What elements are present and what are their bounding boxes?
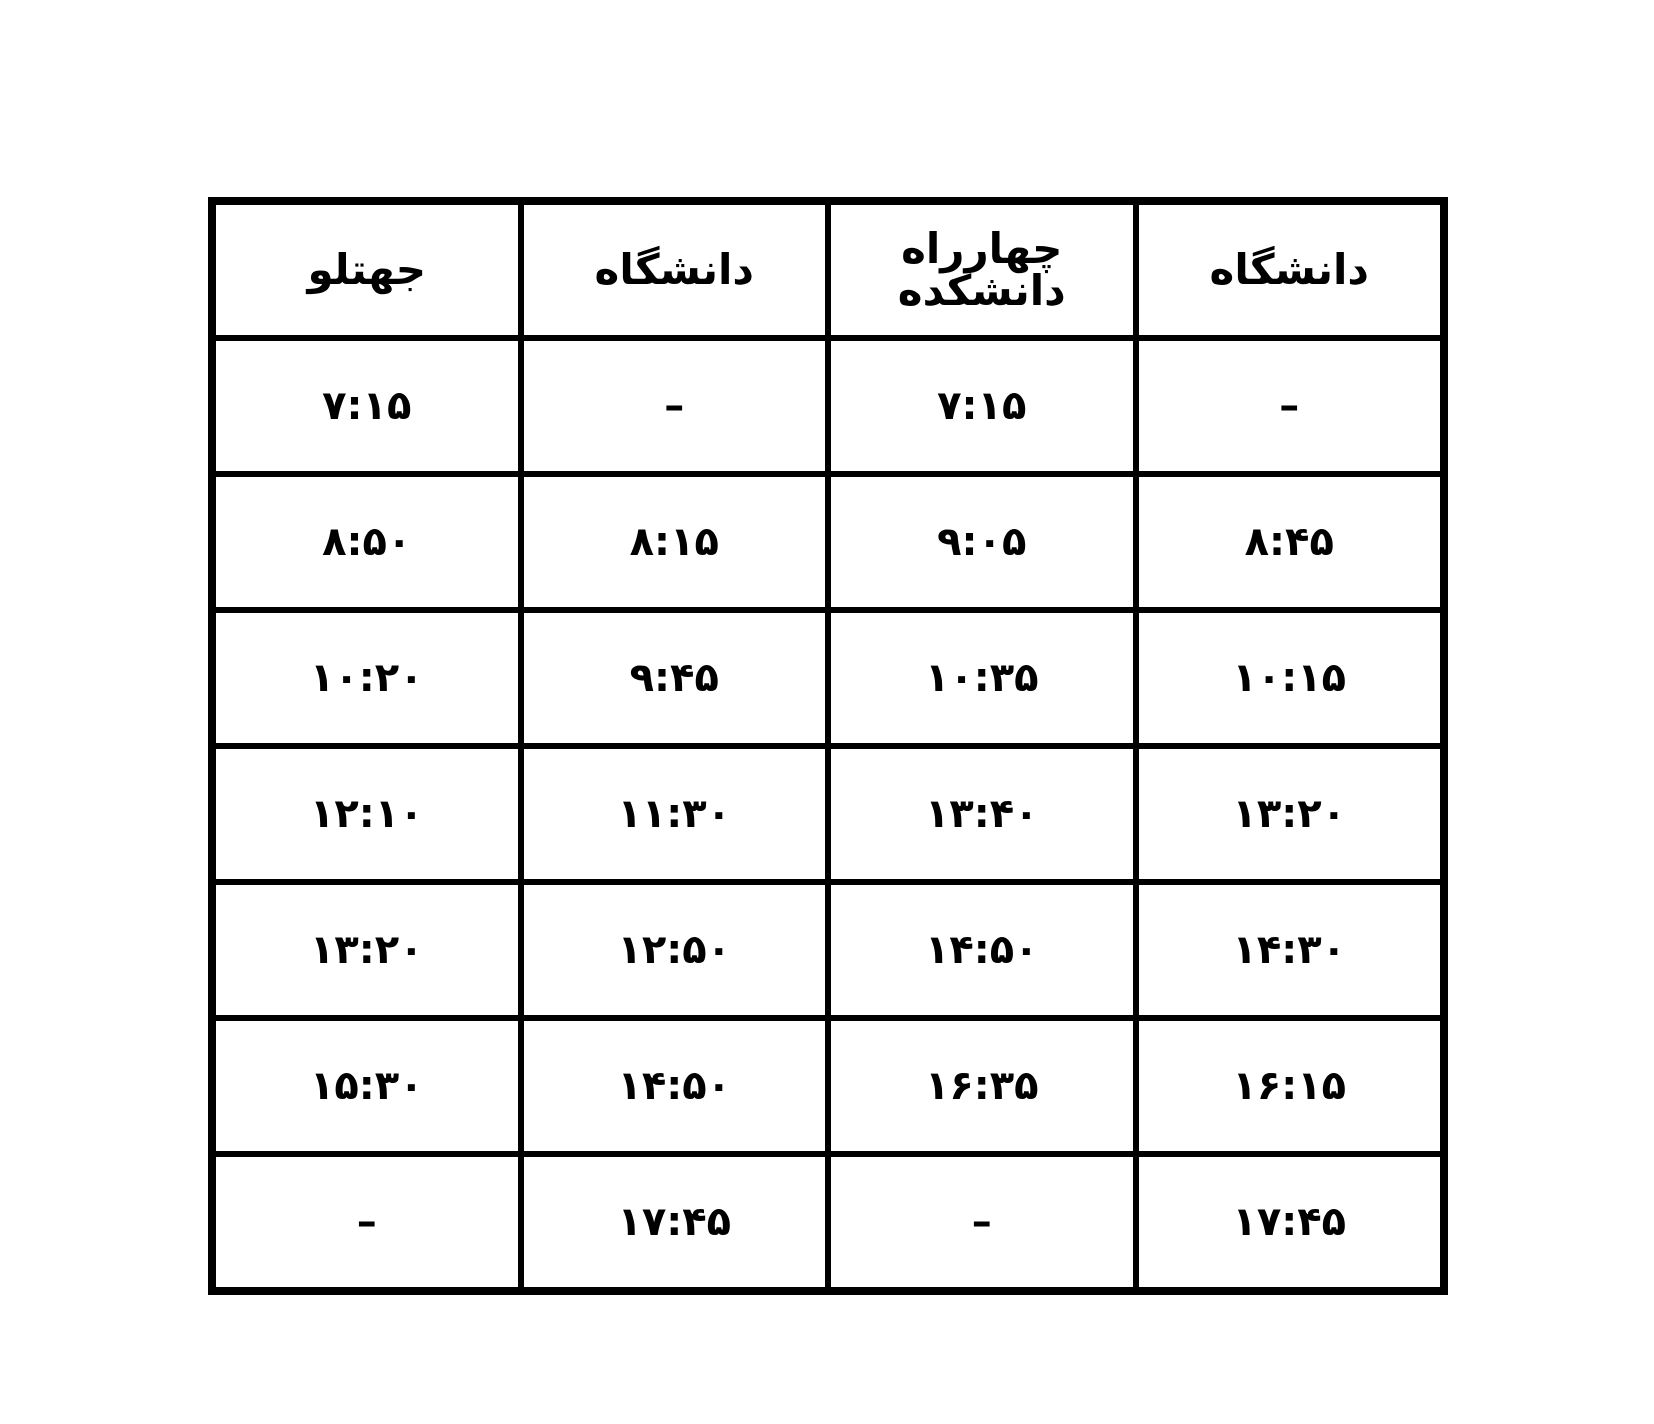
time-cell: ۱۴:۳۰ — [1136, 882, 1444, 1018]
table-row: ۱۴:۳۰ ۱۴:۵۰ ۱۲:۵۰ ۱۳:۲۰ — [212, 882, 1444, 1018]
time-cell: ۸:۵۰ — [212, 474, 521, 610]
table-row: ۱۳:۲۰ ۱۳:۴۰ ۱۱:۳۰ ۱۲:۱۰ — [212, 746, 1444, 882]
time-cell: ۱۰:۲۰ — [212, 610, 521, 746]
time-cell: ۱۲:۵۰ — [521, 882, 829, 1018]
time-cell: ۱۳:۴۰ — [828, 746, 1136, 882]
time-cell: ۱۳:۲۰ — [1136, 746, 1444, 882]
time-cell: ۱۷:۴۵ — [521, 1154, 829, 1291]
shuttle-timetable: دانشگاه چهارراه دانشکده دانشگاه جهتلو – … — [208, 197, 1448, 1295]
time-cell: – — [212, 1154, 521, 1291]
time-cell: ۱۵:۳۰ — [212, 1018, 521, 1154]
time-cell: ۱۳:۲۰ — [212, 882, 521, 1018]
column-header-jehatlu: جهتلو — [212, 201, 521, 338]
table-row: ۸:۴۵ ۹:۰۵ ۸:۱۵ ۸:۵۰ — [212, 474, 1444, 610]
time-cell: ۷:۱۵ — [212, 338, 521, 474]
table-row: – ۷:۱۵ – ۷:۱۵ — [212, 338, 1444, 474]
column-header-chaharrah-daneshkadeh: چهارراه دانشکده — [828, 201, 1136, 338]
time-cell: ۹:۴۵ — [521, 610, 829, 746]
column-header-daneshgah-1: دانشگاه — [1136, 201, 1444, 338]
timetable-body: – ۷:۱۵ – ۷:۱۵ ۸:۴۵ ۹:۰۵ ۸:۱۵ ۸:۵۰ ۱۰:۱۵ … — [212, 338, 1444, 1291]
table-row: ۱۶:۱۵ ۱۶:۳۵ ۱۴:۵۰ ۱۵:۳۰ — [212, 1018, 1444, 1154]
timetable-header-row: دانشگاه چهارراه دانشکده دانشگاه جهتلو — [212, 201, 1444, 338]
time-cell: – — [521, 338, 829, 474]
time-cell: ۱۶:۳۵ — [828, 1018, 1136, 1154]
column-header-daneshgah-2: دانشگاه — [521, 201, 829, 338]
time-cell: ۱۱:۳۰ — [521, 746, 829, 882]
time-cell: – — [1136, 338, 1444, 474]
time-cell: ۱۷:۴۵ — [1136, 1154, 1444, 1291]
time-cell: ۱۲:۱۰ — [212, 746, 521, 882]
time-cell: ۸:۱۵ — [521, 474, 829, 610]
time-cell: ۱۰:۳۵ — [828, 610, 1136, 746]
time-cell: ۱۶:۱۵ — [1136, 1018, 1444, 1154]
time-cell: – — [828, 1154, 1136, 1291]
time-cell: ۷:۱۵ — [828, 338, 1136, 474]
time-cell: ۸:۴۵ — [1136, 474, 1444, 610]
time-cell: ۱۰:۱۵ — [1136, 610, 1444, 746]
page: دانشگاه چهارراه دانشکده دانشگاه جهتلو – … — [0, 0, 1654, 1424]
table-row: دانشگاه چهارراه دانشکده دانشگاه جهتلو — [212, 201, 1444, 338]
time-cell: ۱۴:۵۰ — [521, 1018, 829, 1154]
time-cell: ۱۴:۵۰ — [828, 882, 1136, 1018]
table-row: ۱۷:۴۵ – ۱۷:۴۵ – — [212, 1154, 1444, 1291]
table-row: ۱۰:۱۵ ۱۰:۳۵ ۹:۴۵ ۱۰:۲۰ — [212, 610, 1444, 746]
time-cell: ۹:۰۵ — [828, 474, 1136, 610]
